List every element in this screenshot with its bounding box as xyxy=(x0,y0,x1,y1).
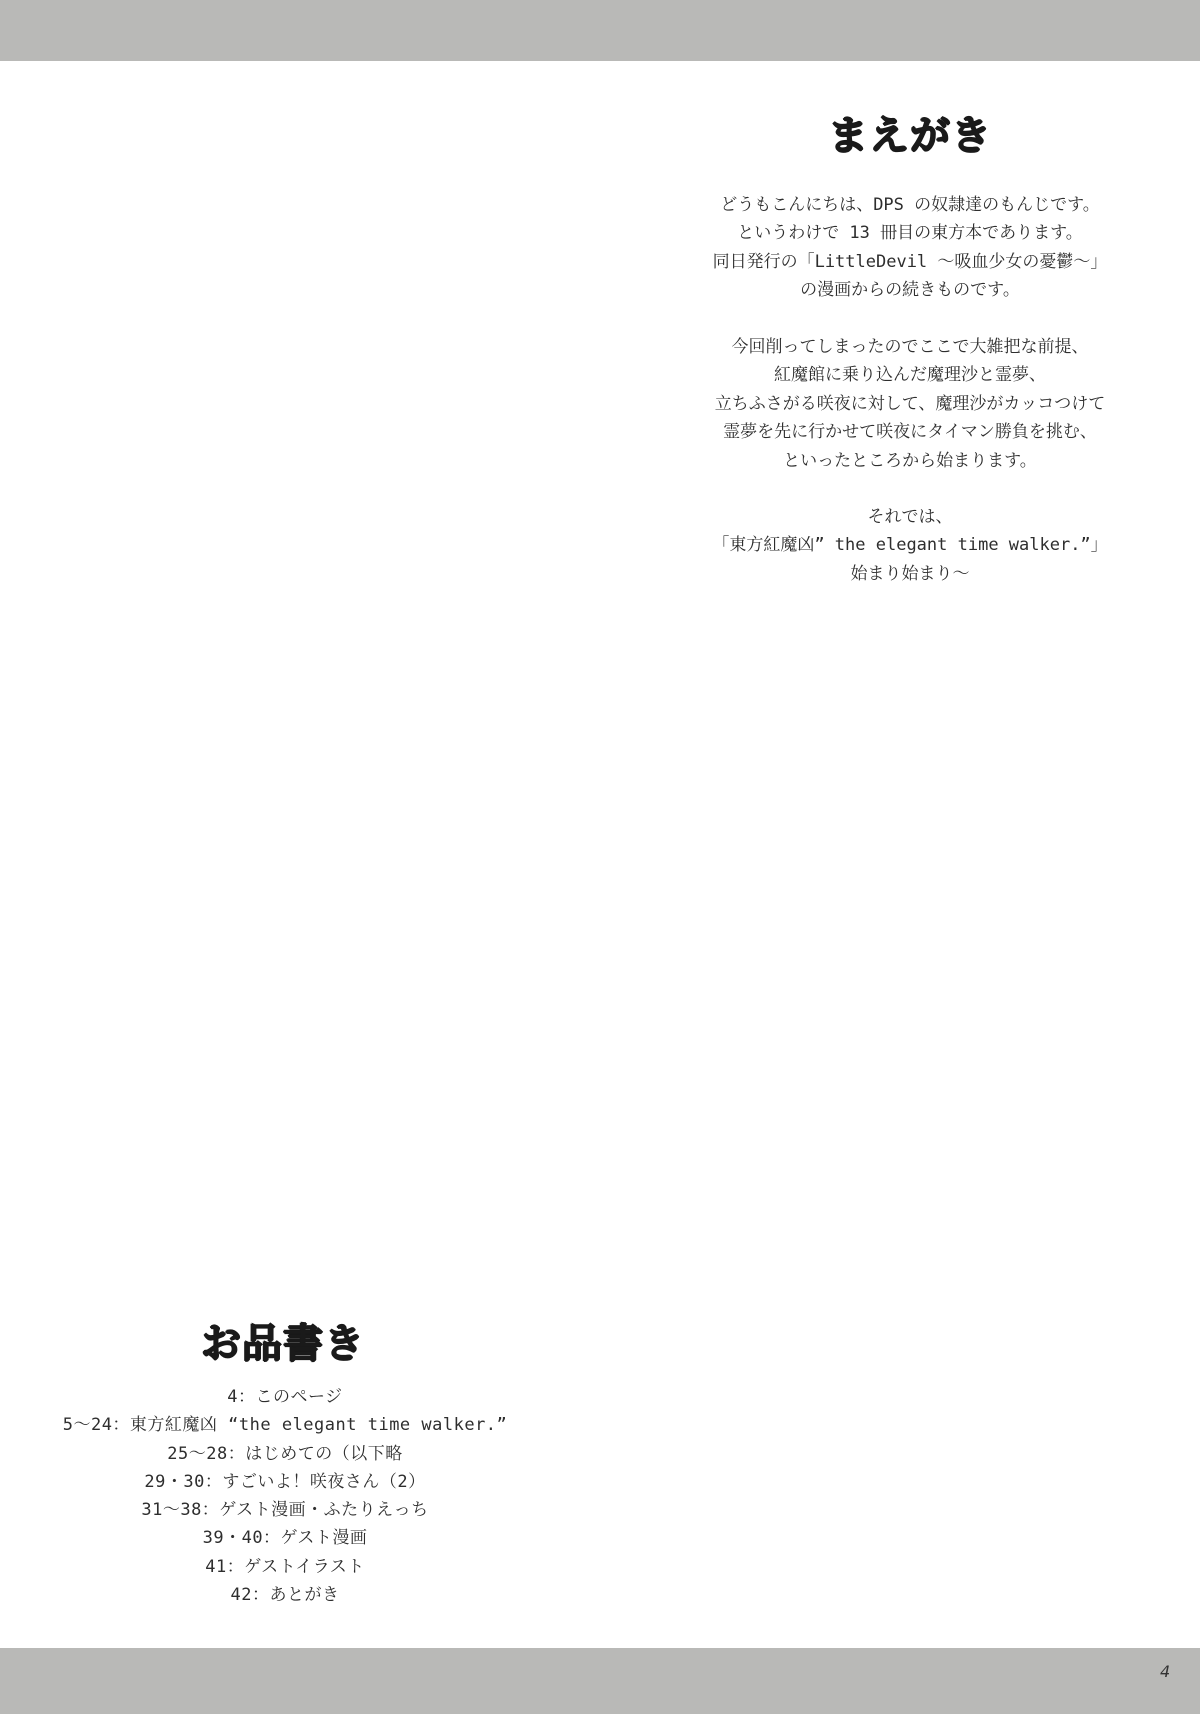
page-number: 4 xyxy=(1160,1662,1170,1681)
preface-line: どうもこんにちは、DPS の奴隷達のもんじです。 xyxy=(713,191,1108,219)
toc-item: 5～24：東方紅魔凶 “the elegant time walker.” xyxy=(63,1411,508,1439)
preface-heading: まえがき xyxy=(828,104,992,161)
preface-line: といったところから始まります。 xyxy=(715,447,1106,475)
toc-item: 25～28：はじめての（以下略 xyxy=(63,1440,508,1468)
toc-item: 39・40：ゲスト漫画 xyxy=(63,1524,508,1552)
contents-heading: お品書き xyxy=(201,1312,365,1369)
preface-line: の漫画からの続きものです。 xyxy=(713,276,1108,304)
preface-line: 立ちふさがる咲夜に対して、魔理沙がカッコつけて xyxy=(715,390,1106,418)
toc-item: 42：あとがき xyxy=(63,1581,508,1609)
preface-line: 霊夢を先に行かせて咲夜にタイマン勝負を挑む、 xyxy=(715,418,1106,446)
preface-paragraph-1: どうもこんにちは、DPS の奴隷達のもんじです。 というわけで 13 冊目の東方… xyxy=(713,191,1108,305)
toc-item: 29・30：すごいよ！咲夜さん（2） xyxy=(63,1468,508,1496)
toc-item: 31～38：ゲスト漫画・ふたりえっち xyxy=(63,1496,508,1524)
preface-line: 「東方紅魔凶” the elegant time walker.”」 xyxy=(712,531,1107,559)
bottom-margin-band xyxy=(0,1648,1200,1714)
toc-item: 41：ゲストイラスト xyxy=(63,1553,508,1581)
preface-line: 紅魔館に乗り込んだ魔理沙と霊夢、 xyxy=(715,361,1106,389)
preface-line: というわけで 13 冊目の東方本であります。 xyxy=(713,219,1108,247)
table-of-contents: 4：このページ 5～24：東方紅魔凶 “the elegant time wal… xyxy=(63,1383,508,1609)
preface-paragraph-3: それでは、 「東方紅魔凶” the elegant time walker.”」… xyxy=(712,503,1107,588)
preface-line: 同日発行の「LittleDevil ～吸血少女の憂鬱～」 xyxy=(713,248,1108,276)
toc-item: 4：このページ xyxy=(63,1383,508,1411)
top-margin-band xyxy=(0,0,1200,61)
preface-line: 今回削ってしまったのでここで大雑把な前提、 xyxy=(715,333,1106,361)
preface-line: それでは、 xyxy=(712,503,1107,531)
preface-line: 始まり始まり～ xyxy=(712,560,1107,588)
preface-paragraph-2: 今回削ってしまったのでここで大雑把な前提、 紅魔館に乗り込んだ魔理沙と霊夢、 立… xyxy=(715,333,1106,475)
